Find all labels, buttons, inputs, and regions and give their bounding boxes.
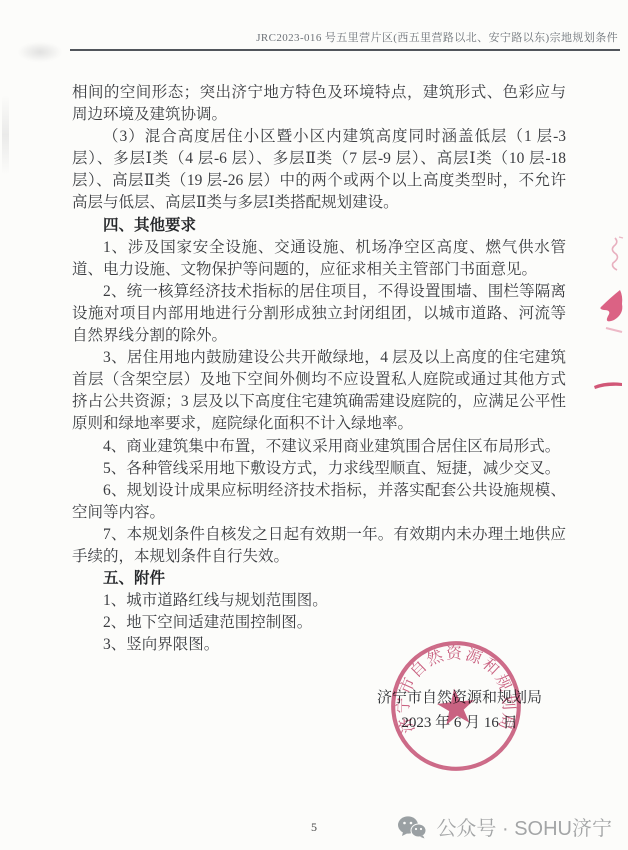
header-doc-ref: JRC2023-016 号五里营片区(西五里营路以北、安宁路以东)宗地规划条件	[70, 29, 618, 45]
watermark: 公众号 · SOHU济宁	[397, 812, 612, 841]
red-star-icon	[436, 687, 477, 726]
paragraph: 5、各种管线采用地下敷设方式，力求线型顺直、短捷，减少交叉。	[72, 458, 566, 480]
wechat-icon	[397, 815, 427, 839]
paragraph: 7、本规划条件自核发之日起有效期一年。有效期内未办理土地供应手续的，本规划条件自…	[72, 524, 566, 568]
section-heading-attachments: 五、附件	[72, 568, 566, 590]
section-heading-other-requirements: 四、其他要求	[72, 215, 566, 237]
official-seal: 济宁市自然资源和规划局	[379, 629, 533, 783]
seal-bleed-mark	[592, 379, 624, 391]
paragraph: 1、城市道路红线与规划范围图。	[72, 590, 566, 612]
paragraph: （3）混合高度居住小区暨小区内建筑高度同时涵盖低层（1 层-3 层）、多层Ⅰ类（…	[72, 126, 566, 214]
seal-bleed-mark	[596, 288, 626, 336]
paragraph: 3、居住用地内鼓励建设公共开敞绿地，4 层及以上高度的住宅建筑首层（含架空层）及…	[72, 347, 566, 435]
scan-smudge	[18, 42, 62, 62]
scanned-document-page: JRC2023-016 号五里营片区(西五里营路以北、安宁路以东)宗地规划条件 …	[0, 0, 628, 850]
paragraph: 6、规划设计成果应标明经济技术指标，并落实配套公共设施规模、空间等内容。	[72, 480, 566, 524]
watermark-label: 公众号 · SOHU济宁	[436, 812, 612, 841]
paragraph: 1、涉及国家安全设施、交通设施、机场净空区高度、燃气供水管道、电力设施、文物保护…	[72, 237, 566, 281]
paragraph: 4、商业建筑集中布置，不建议采用商业建筑围合居住区布局形式。	[72, 436, 566, 458]
document-body: 相间的空间形态；突出济宁地方特色及环境特点，建筑形式、色彩应与周边环境及建筑协调…	[72, 82, 566, 656]
paragraph: 相间的空间形态；突出济宁地方特色及环境特点，建筑形式、色彩应与周边环境及建筑协调…	[72, 82, 566, 126]
scan-smudge	[2, 95, 9, 175]
seal-bleed-mark	[603, 236, 625, 272]
header-rule	[70, 49, 620, 51]
paragraph: 2、统一核算经济技术指标的居住项目，不得设置围墙、围栏等隔离设施对项目内部用地进…	[72, 281, 566, 347]
